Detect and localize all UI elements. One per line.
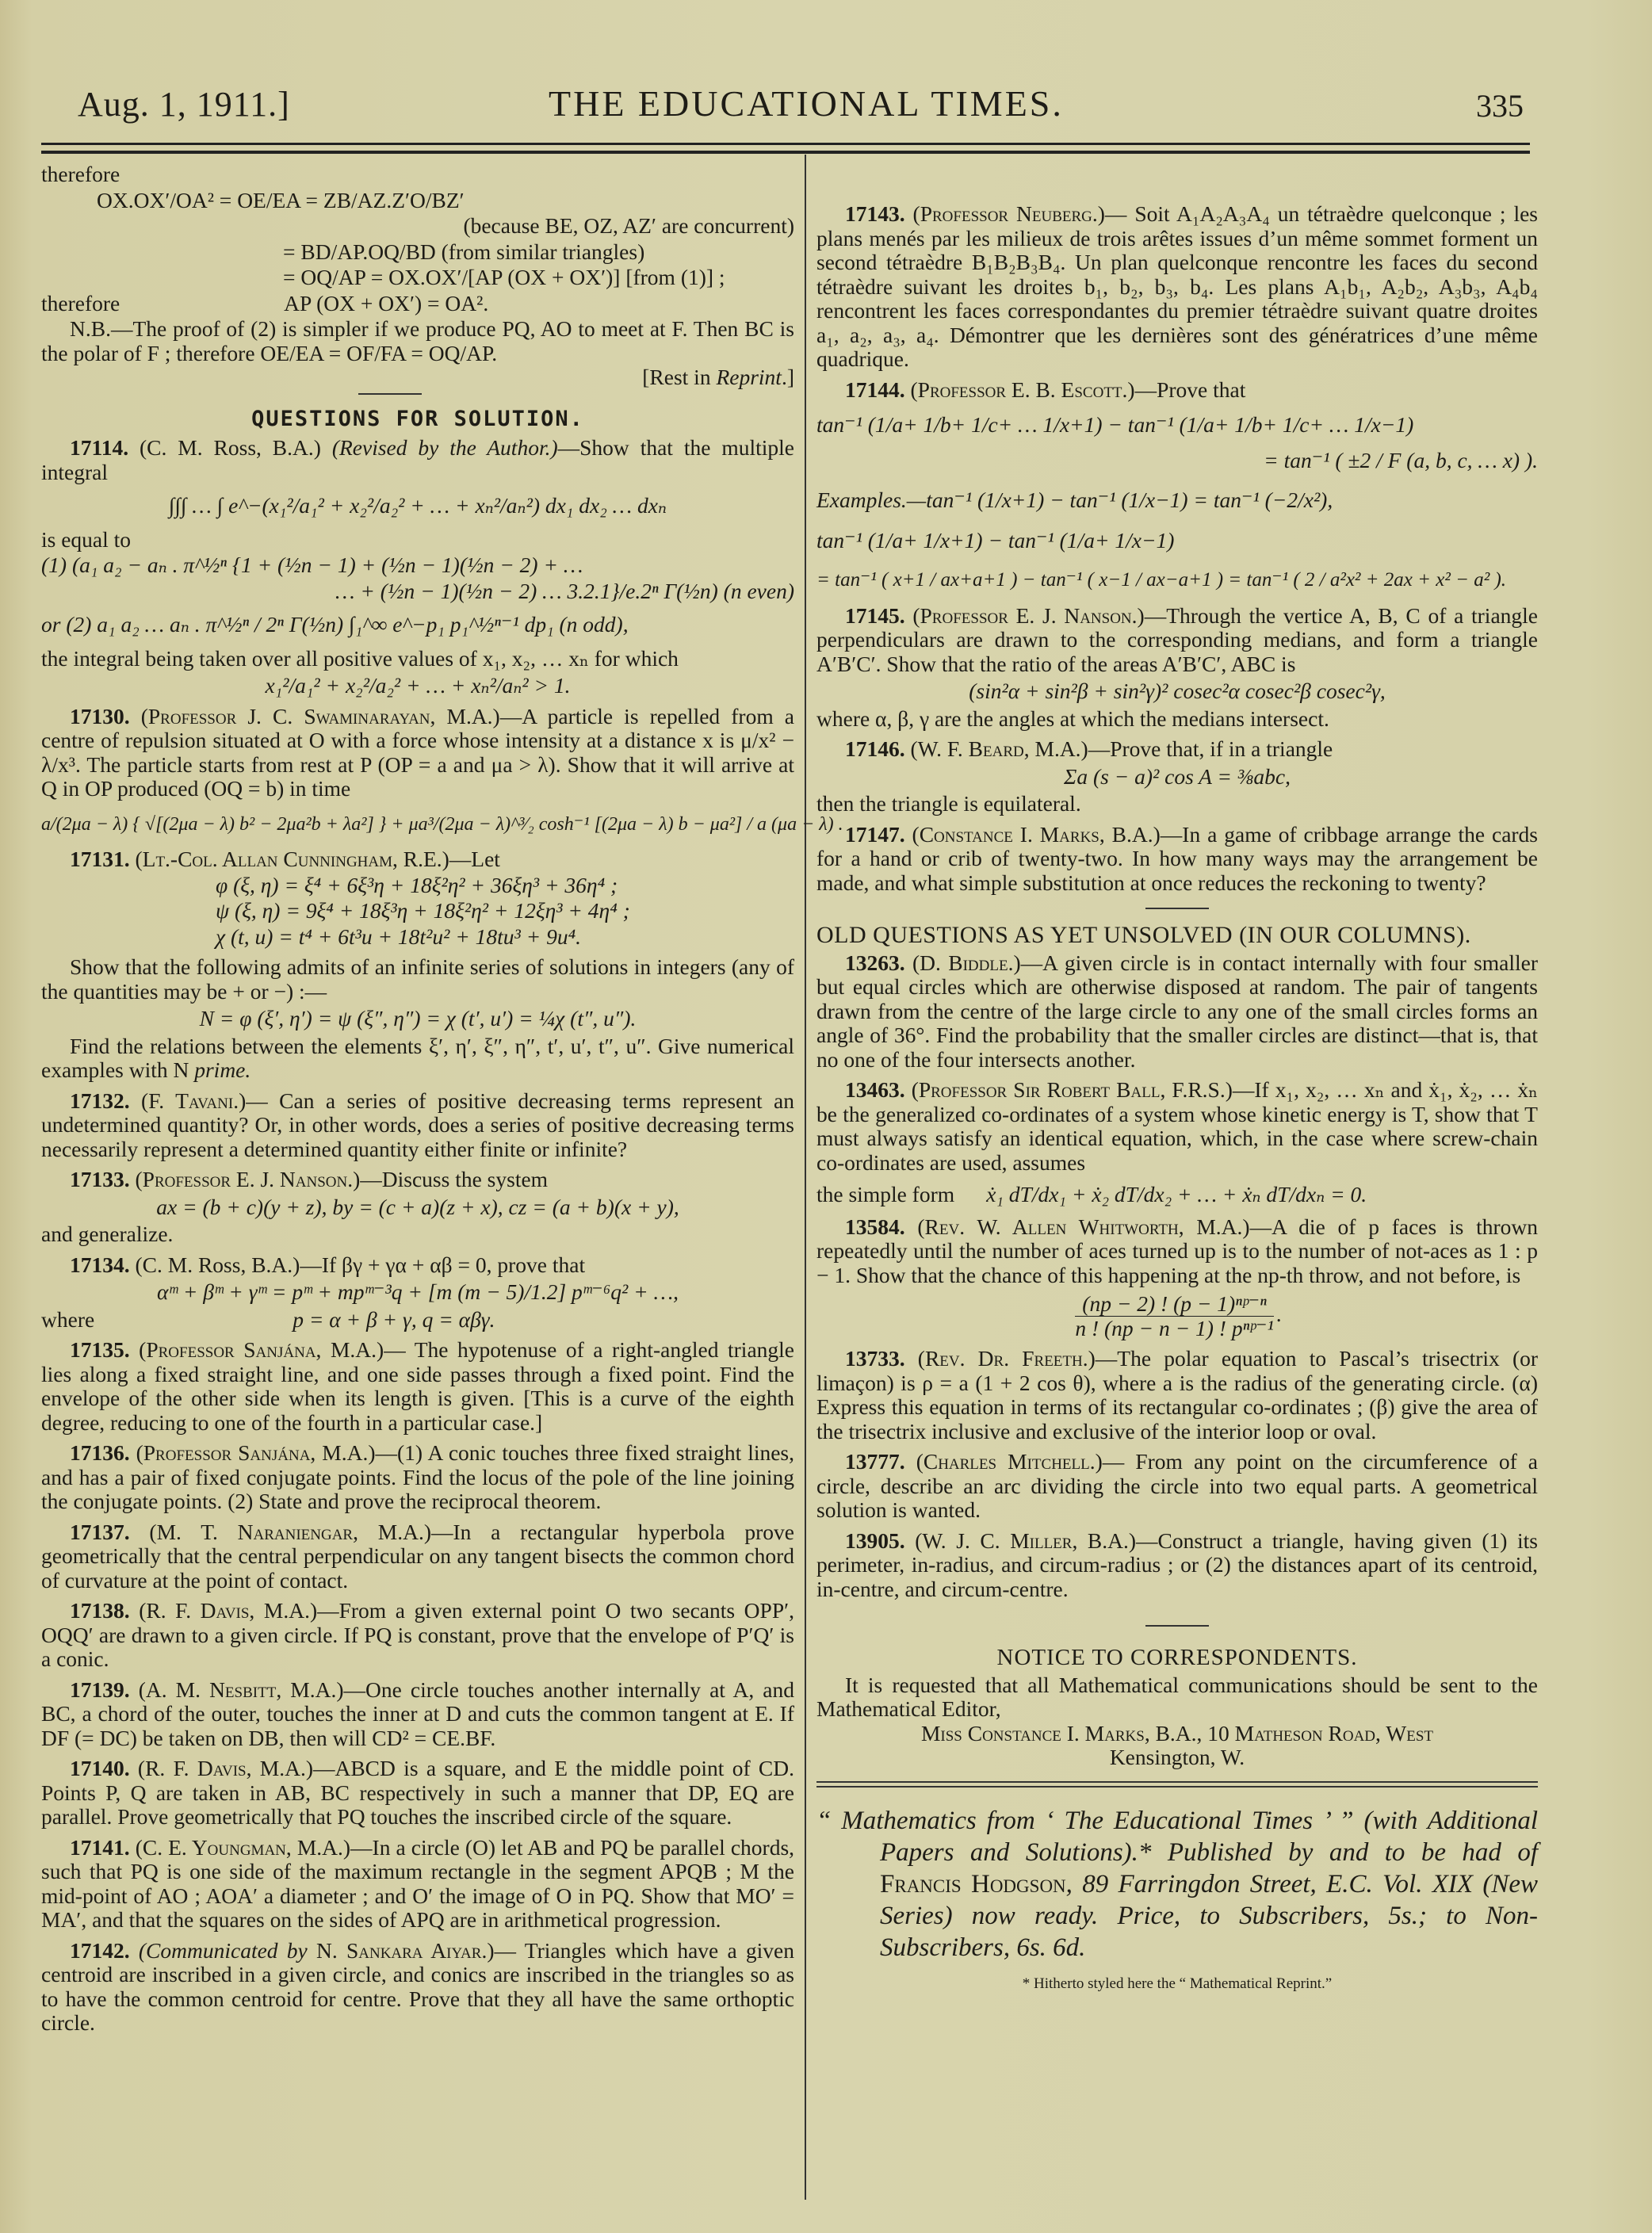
question-number: 17132. [70, 1088, 130, 1113]
continuation-proof: therefore OX.OX′/OA² = OE/EA = ZB/AZ.Z′O… [41, 163, 794, 395]
question-number: 13733. [845, 1346, 905, 1371]
header-title: THE EDUCATIONAL TIMES. [549, 82, 1064, 124]
question-author: N. Sankara Aiyar.) [316, 1938, 495, 1963]
question-17144: 17144. (Professor E. B. Escott.)—Prove t… [816, 378, 1538, 593]
nb-note: N.B.—The proof of (2) is simpler if we p… [41, 317, 794, 365]
question-17142: 17142. (Communicated by N. Sankara Aiyar… [41, 1939, 794, 2036]
question-17136: 17136. (Professor Sanjána, M.A.)—(1) A c… [41, 1441, 794, 1514]
equation: ax = (b + c)(y + z), by = (c + a)(z + x)… [41, 1195, 794, 1220]
old-question-13584: 13584. (Rev. W. Allen Whitworth, M.A.)—A… [816, 1215, 1538, 1341]
question-author: (Professor E. J. Nanson.) [912, 603, 1144, 628]
editor-address: Miss Constance I. Marks, B.A., 10 Mathes… [816, 1722, 1538, 1746]
question-17131: 17131. (Lt.-Col. Allan Cunningham, R.E.)… [41, 847, 794, 1083]
equation: N = φ (ξ′, η′) = ψ (ξ″, η″) = χ (t′, u′)… [41, 1007, 794, 1031]
therefore-label: therefore [41, 291, 120, 315]
question-number: 13263. [845, 950, 905, 975]
equation: ẋ₁ dT/dx₁ + ẋ₂ dT/dx₂ + … + ẋₙ dT/dxₙ = … [954, 1182, 1367, 1206]
footnote: * Hitherto styled here the “ Mathematica… [816, 1968, 1538, 2000]
question-author: (Constance I. Marks, B.A.) [912, 822, 1161, 847]
equation: (1) (a₁ a₂ − aₙ . π^½ⁿ {1 + (½n − 1) + (… [41, 553, 794, 578]
equation: ψ (ξ, η) = 9ξ⁴ + 18ξ³η + 18ξ²η² + 12ξη³ … [41, 899, 794, 923]
question-author: (R. F. Davis, M.A.) [139, 1598, 317, 1623]
equation: = tan⁻¹ ( x+1 / ax+a+1 ) − tan⁻¹ ( x−1 /… [816, 568, 1538, 593]
question-number: 17146. [845, 736, 905, 761]
question-17143: 17143. (Professor Neuberg.)— Soit A₁A₂A₃… [816, 202, 1538, 372]
question-author: (M. T. Naraniengar, M.A.) [149, 1520, 431, 1544]
question-number: 17133. [70, 1167, 130, 1191]
header-rule [41, 143, 1530, 145]
question-17114: 17114. (C. M. Ross, B.A.) (Revised by th… [41, 436, 794, 698]
question-author: (W. F. Beard, M.A.) [911, 736, 1088, 761]
section-heading-old-questions: OLD QUESTIONS AS YET UNSOLVED (IN OUR CO… [816, 923, 1538, 948]
double-rule [816, 1781, 1538, 1788]
question-number: 13905. [845, 1528, 905, 1553]
question-author: (D. Biddle.) [912, 950, 1021, 975]
right-column: 17143. (Professor Neuberg.)— Soit A₁A₂A₃… [816, 155, 1538, 2000]
question-17138: 17138. (R. F. Davis, M.A.)—From a given … [41, 1599, 794, 1672]
question-number: 17141. [70, 1835, 130, 1860]
question-author: (Professor Sanjána, M.A.) [136, 1440, 376, 1465]
short-rule [1145, 1625, 1209, 1627]
question-note: (Revised by the Author.) [332, 435, 558, 460]
question-author: (A. M. Nesbitt, M.A.) [139, 1677, 344, 1702]
question-number: 13463. [845, 1077, 905, 1102]
question-17146: 17146. (W. F. Beard, M.A.)—Prove that, i… [816, 737, 1538, 816]
header-date: Aug. 1, 1911.] [78, 84, 290, 124]
question-number: 17134. [70, 1252, 130, 1277]
question-number: 17147. [845, 822, 905, 847]
question-number: 13584. [845, 1214, 905, 1239]
question-author: (Lt.-Col. Allan Cunningham, R.E.) [136, 847, 449, 871]
old-question-13263: 13263. (D. Biddle.)—A given circle is in… [816, 951, 1538, 1073]
notice-heading: NOTICE TO CORRESPONDENTS. [816, 1646, 1538, 1670]
question-17139: 17139. (A. M. Nesbitt, M.A.)—One circle … [41, 1678, 794, 1751]
journal-page: Aug. 1, 1911.] THE EDUCATIONAL TIMES. 33… [0, 0, 1652, 2233]
question-number: 17131. [70, 847, 130, 871]
question-author: (C. M. Ross, B.A.) [136, 1252, 300, 1277]
question-number: 17135. [70, 1337, 130, 1362]
question-17132: 17132. (F. Tavani.)— Can a series of pos… [41, 1089, 794, 1162]
question-author: (W. J. C. Miller, B.A.) [915, 1528, 1136, 1553]
question-author: (Charles Mitchell.) [916, 1449, 1103, 1474]
question-17140: 17140. (R. F. Davis, M.A.)—ABCD is a squ… [41, 1757, 794, 1830]
question-author: (C. M. Ross, B.A.) [140, 435, 321, 460]
header-page-number: 335 [1476, 87, 1524, 124]
question-17130: 17130. (Professor J. C. Swaminarayan, M.… [41, 705, 794, 837]
column-divider [805, 155, 806, 2200]
question-17147: 17147. (Constance I. Marks, B.A.)—In a g… [816, 823, 1538, 896]
equation: … + (½n − 1)(½n − 2) … 3.2.1}/e.2ⁿ Γ(½n)… [41, 579, 794, 604]
therefore-line: therefore AP (OX + OX′) = OA². [41, 292, 794, 316]
question-author: (R. F. Davis, M.A.) [138, 1756, 313, 1780]
question-number: 17139. [70, 1677, 130, 1702]
old-question-13905: 13905. (W. J. C. Miller, B.A.)—Construct… [816, 1529, 1538, 1602]
old-question-13733: 13733. (Rev. Dr. Freeth.)—The polar equa… [816, 1347, 1538, 1443]
question-17145: 17145. (Professor E. J. Nanson.)—Through… [816, 604, 1538, 732]
question-number: 17138. [70, 1598, 130, 1623]
question-17135: 17135. (Professor Sanjána, M.A.)— The hy… [41, 1338, 794, 1435]
equation: —tan⁻¹ (1/x+1) − tan⁻¹ (1/x−1) = tan⁻¹ (… [907, 488, 1333, 512]
question-number: 17140. [70, 1756, 130, 1780]
equation: = OQ/AP = OX.OX′/[AP (OX + OX′)] [from (… [41, 266, 794, 290]
equation: OX.OX′/OA² = OE/EA = ZB/AZ.Z′O/BZ′ [41, 189, 794, 213]
equation-note: (because BE, OZ, AZ′ are concurrent) [41, 214, 794, 239]
question-17137: 17137. (M. T. Naraniengar, M.A.)—In a re… [41, 1520, 794, 1593]
question-author: (Rev. Dr. Freeth.) [918, 1346, 1096, 1371]
equation: φ (ξ, η) = ξ⁴ + 6ξ³η + 18ξ²η² + 36ξη³ + … [41, 874, 794, 898]
short-rule [1145, 908, 1209, 909]
old-question-13463: 13463. (Professor Sir Robert Ball, F.R.S… [816, 1078, 1538, 1207]
equation: a/(2μa − λ) { √[(2μa − λ) b² − 2μa²b + λ… [41, 813, 794, 837]
equation: ∫∫∫ … ∫ e^−(x₁²/a₁² + x₂²/a₂² + … + xₙ²/… [41, 494, 794, 518]
equation: = tan⁻¹ ( ±2 / F (a, b, c, … x) ). [816, 449, 1538, 473]
question-author: (F. Tavani.) [141, 1088, 246, 1113]
equation: AP (OX + OX′) = OA². [125, 291, 488, 315]
question-author: (Professor Sir Robert Ball, F.R.S.) [912, 1077, 1233, 1102]
left-column: therefore OX.OX′/OA² = OE/EA = ZB/AZ.Z′O… [41, 155, 794, 2036]
equation: tan⁻¹ (1/a+ 1/x+1) − tan⁻¹ (1/a+ 1/x−1) [816, 529, 1538, 553]
question-number: 13777. [845, 1449, 905, 1474]
question-17133: 17133. (Professor E. J. Nanson.)—Discuss… [41, 1168, 794, 1247]
equation: χ (t, u) = t⁴ + 6t³u + 18t²u² + 18tu³ + … [41, 925, 794, 950]
fraction: (np − 2) ! (p − 1)ⁿᵖ⁻ⁿ n ! (np − n − 1) … [1075, 1292, 1273, 1340]
therefore-label: therefore [41, 163, 794, 187]
question-author: (Rev. W. Allen Whitworth, M.A.) [917, 1214, 1249, 1239]
equation: αᵐ + βᵐ + γᵐ = pᵐ + mpᵐ⁻³q + [m (m − 5)/… [41, 1280, 794, 1305]
question-number: 17136. [70, 1440, 130, 1465]
question-number: 17143. [845, 201, 905, 226]
question-author: (Professor Neuberg.) [913, 201, 1105, 226]
question-number: 17114. [70, 435, 128, 460]
question-17134: 17134. (C. M. Ross, B.A.)—If βγ + γα + α… [41, 1253, 794, 1333]
section-heading-questions: QUESTIONS FOR SOLUTION. [41, 407, 794, 432]
question-author: (Professor E. J. Nanson.) [136, 1167, 361, 1191]
equation: Σa (s − a)² cos A = ⅜abc, [816, 765, 1538, 790]
equation: (sin²α + sin²β + sin²γ)² cosec²α cosec²β… [816, 679, 1538, 704]
question-number: 17145. [845, 603, 905, 628]
equation: x₁²/a₁² + x₂²/a₂² + … + xₙ²/aₙ² > 1. [41, 674, 794, 698]
examples-label: Examples. [816, 488, 907, 512]
question-number: 17137. [70, 1520, 130, 1544]
advertisement: “ Mathematics from ‘ The Educational Tim… [816, 1805, 1538, 2000]
question-number: 17142. [70, 1938, 130, 1963]
question-author: (Professor Sanjána, M.A.) [139, 1337, 384, 1362]
page-header: Aug. 1, 1911.] THE EDUCATIONAL TIMES. 33… [41, 79, 1532, 127]
header-rule [41, 151, 1530, 154]
publisher-name: Francis Hodgson [880, 1870, 1066, 1898]
old-question-13777: 13777. (Charles Mitchell.)— From any poi… [816, 1450, 1538, 1523]
rest-in-reprint: [Rest in Reprint.] [41, 365, 794, 390]
question-number: 17144. [845, 377, 905, 402]
question-17141: 17141. (C. E. Youngman, M.A.)—In a circl… [41, 1836, 794, 1933]
editor-address: Kensington, W. [816, 1745, 1538, 1770]
equation: = BD/AP.OQ/BD (from similar triangles) [41, 240, 794, 265]
question-number: 17130. [70, 704, 130, 728]
question-author: (Professor E. B. Escott.) [911, 377, 1135, 402]
short-rule [358, 393, 422, 395]
equation: tan⁻¹ (1/a+ 1/b+ 1/c+ … 1/x+1) − tan⁻¹ (… [816, 413, 1538, 438]
equation: p = α + β + γ, q = αβγ. [94, 1307, 495, 1332]
equation: or (2) a₁ a₂ … aₙ . π^½ⁿ / 2ⁿ Γ(½n) ∫₁^∞… [41, 613, 794, 637]
question-author: (C. E. Youngman, M.A.) [136, 1835, 350, 1860]
question-author: (Professor J. C. Swaminarayan, M.A.) [141, 704, 500, 728]
notice-to-correspondents: NOTICE TO CORRESPONDENTS. It is requeste… [816, 1646, 1538, 1770]
